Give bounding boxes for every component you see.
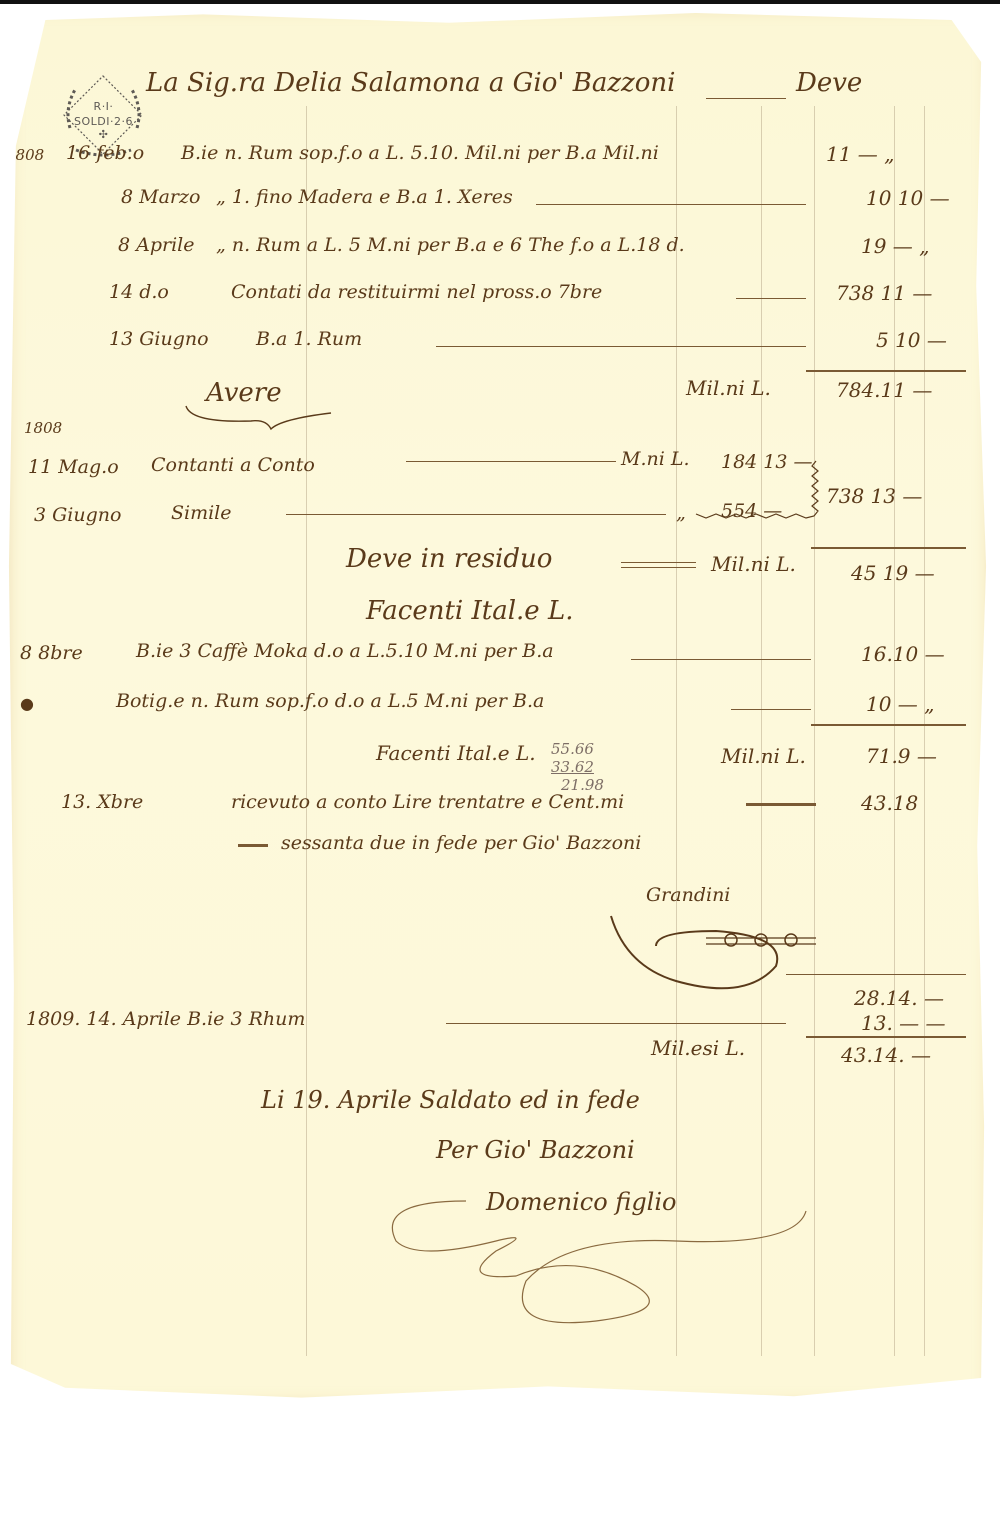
entry-description: B.a 1. Rum (256, 328, 362, 350)
strikethrough (238, 844, 268, 847)
flourish-icon (181, 401, 341, 431)
credit-total: 738 13 — (826, 484, 922, 508)
debit-total-label: Mil.ni L. (686, 376, 771, 400)
residuo-label: Deve in residuo (346, 544, 552, 574)
strikethrough (746, 803, 816, 806)
entry-description: B.ie n. Rum sop.f.o a L. 5.10. Mil.ni pe… (181, 142, 659, 164)
entry-description: Contanti a Conto (151, 454, 315, 476)
entry-date: 3 Giugno (34, 504, 121, 526)
signature-1: Per Gio' Bazzoni (436, 1136, 635, 1164)
avere-year: 1808 (24, 419, 62, 437)
entry-description: B.ie 3 Caffè Moka d.o a L.5.10 M.ni per … (136, 640, 554, 662)
fill-line (446, 1023, 786, 1024)
receipt-amount: 43.18 (861, 791, 918, 815)
paper-sheet: R·I· SOLDI·2·6 ✣ La Sig.ra Delia Salamon… (6, 6, 991, 1406)
residuo-currency: Mil.ni L. (711, 552, 796, 576)
entry-date: 13 Giugno (109, 328, 209, 350)
calc-value: 55.66 (551, 740, 594, 758)
closing-flourish-icon (376, 1191, 816, 1341)
stamp-line-1: R·I· (56, 100, 151, 113)
deve-heading: Deve (796, 68, 862, 98)
ruling-line (676, 106, 677, 1356)
facenti-currency: Mil.ni L. (721, 744, 806, 768)
fill-line (286, 514, 666, 515)
ruling-line (761, 106, 762, 1356)
closing-statement: Li 19. Aprile Saldato ed in fede (261, 1086, 640, 1114)
double-rule (621, 567, 696, 568)
entry-description: Contati da restituirmi nel pross.o 7bre (231, 281, 602, 303)
entry-amount: 16.10 — (861, 642, 945, 666)
residuo-amount: 45 19 — (851, 561, 935, 585)
fill-line (731, 709, 811, 710)
receipt-line-1: ricevuto a conto Lire trentatre e Cent.m… (231, 791, 624, 813)
entry-date: 8 Marzo (121, 186, 200, 208)
facenti-amount: 71.9 — (866, 744, 937, 768)
sum-rule (806, 370, 966, 372)
sum-rule (811, 724, 966, 726)
header-dash (706, 98, 786, 99)
entry-amount: 11 — „ (826, 142, 895, 166)
stamp-line-2: SOLDI·2·6 (56, 115, 151, 128)
entry-amount: 738 11 — (836, 281, 932, 305)
entry-date: 8 Aprile (118, 234, 195, 256)
calc-value: 33.62 (551, 758, 594, 776)
entry-amount: 10 10 — (866, 186, 950, 210)
sum-rule (806, 1036, 966, 1038)
entry-date: 11 Mag.o (28, 456, 119, 478)
final-total-label: Mil.esi L. (651, 1036, 745, 1060)
double-rule (621, 562, 696, 563)
fill-line (536, 204, 806, 205)
fill-line (736, 298, 806, 299)
entry-amount: 19 — „ (861, 234, 930, 258)
sum-rule (786, 974, 966, 975)
entry-currency: M.ni L. (621, 448, 690, 470)
entry-amount: 10 — „ (866, 692, 935, 716)
entry-description: „ n. Rum a L. 5 M.ni per B.a e 6 The f.o… (216, 234, 685, 256)
entry-year: 1808 (6, 146, 44, 164)
entry-date: 8 8bre (20, 642, 83, 664)
final-amount-2: 13. — — (861, 1011, 946, 1035)
stamp-line-3: ✣ (56, 128, 151, 141)
entry-description: „ 1. fino Madera e B.a 1. Xeres (216, 186, 513, 208)
entry-amount: 5 10 — (876, 328, 947, 352)
final-amount-1: 28.14. — (854, 986, 944, 1010)
sum-rule (811, 547, 966, 549)
debit-total-amount: 784.11 — (836, 378, 932, 402)
receipt-signer: Grandini (646, 884, 730, 906)
fill-line (631, 659, 811, 660)
ledger-title: La Sig.ra Delia Salamona a Gio' Bazzoni (146, 68, 675, 98)
final-entry: 1809. 14. Aprile B.ie 3 Rhum (26, 1008, 305, 1030)
top-border (0, 0, 1000, 4)
entry-date: 16 feb.o (66, 142, 144, 164)
facenti-label-1: Facenti Ital.e L. (366, 596, 573, 626)
entry-description: Botig.e n. Rum sop.f.o d.o a L.5 M.ni pe… (116, 690, 544, 712)
entry-description: Simile (171, 502, 232, 524)
fill-line (406, 461, 616, 462)
ink-dot: ● (20, 694, 34, 713)
receipt-date: 13. Xbre (61, 791, 143, 813)
entry-currency: „ (676, 502, 686, 524)
facenti-label-2: Facenti Ital.e L. (376, 741, 536, 765)
ruling-line (814, 106, 815, 1356)
signature-flourish-icon (596, 906, 826, 1006)
receipt-line-2: sessanta due in fede per Gio' Bazzoni (281, 832, 641, 854)
fill-line (436, 346, 806, 347)
final-total: 43.14. — (841, 1043, 931, 1067)
bracket-icon (686, 456, 826, 536)
entry-date: 14 d.o (109, 281, 169, 303)
